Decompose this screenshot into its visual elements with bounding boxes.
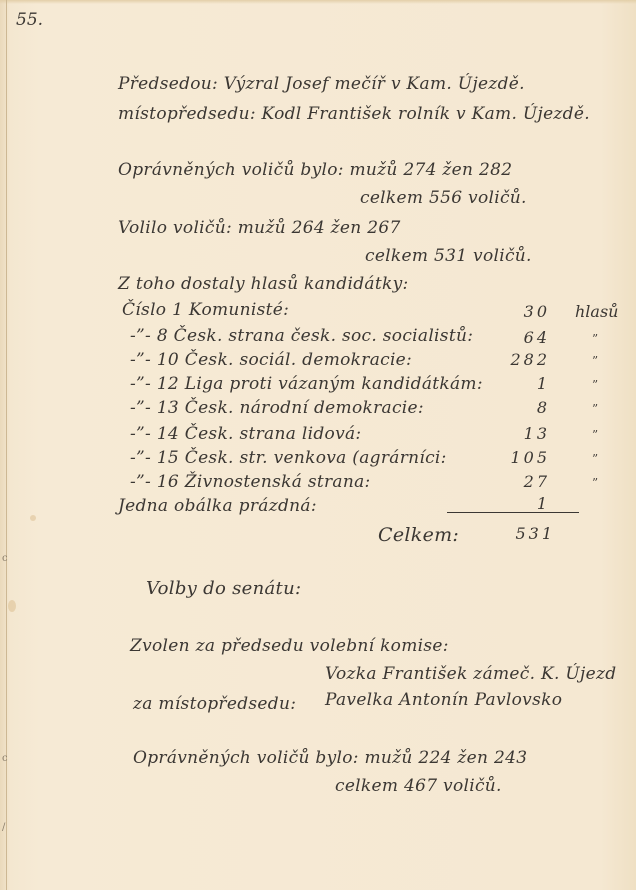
result-row: -”- 10 Česk. sociál. demokracie: <box>130 350 412 370</box>
list-number: 15 <box>157 448 179 468</box>
total-label: Celkem: <box>378 524 459 546</box>
vice-chair-line: místopředsedu: Kodl František rolník v K… <box>118 104 590 124</box>
list-number: 16 <box>157 472 179 492</box>
vote-count: 282 <box>490 350 550 369</box>
voted-line: Volilo voličů: mužů 264 žen 267 <box>118 218 401 238</box>
vote-count: 30 <box>490 302 550 321</box>
result-row: -”- 12 Liga proti vázaným kandidátkám: <box>130 374 483 394</box>
party-name: Česk. strana lidová: <box>185 424 362 444</box>
vote-count: 1 <box>490 374 550 393</box>
row-prefix: -”- <box>130 398 151 418</box>
ditto-mark: ” <box>592 428 598 442</box>
result-row: -”- 13 Česk. národní demokracie: <box>130 398 424 418</box>
row-prefix: -”- <box>130 374 151 394</box>
senate-chair-label: Zvolen za předsedu volební komise: <box>130 636 449 656</box>
list-number: 1 <box>172 300 183 320</box>
list-number: 12 <box>157 374 179 394</box>
manuscript-page: c c / 55. Předsedou: Výzral Josef mečíř … <box>0 0 636 890</box>
vote-count: 105 <box>490 448 550 467</box>
vote-count: 8 <box>490 398 550 417</box>
page-top-edge <box>0 0 636 4</box>
margin-mark: / <box>2 822 5 833</box>
ditto-mark: ” <box>592 378 598 392</box>
unit-label: hlasů <box>575 302 618 321</box>
eligible-voters-total: celkem 556 voličů. <box>360 188 527 208</box>
paper-stain <box>8 600 16 612</box>
page-number: 55. <box>16 10 43 30</box>
list-number: 8 <box>157 326 168 346</box>
row-prefix: -”- <box>130 350 151 370</box>
result-row: -”- 15 Česk. str. venkova (agrárníci: <box>130 448 447 468</box>
party-name: Česk. str. venkova (agrárníci: <box>185 448 447 468</box>
margin-mark: c <box>2 753 8 764</box>
senate-vice-chair-name: Pavelka Antonín Pavlovsko <box>325 690 562 710</box>
list-number: 14 <box>157 424 179 444</box>
party-name: Komunisté: <box>189 300 289 320</box>
chair-line: Předsedou: Výzral Josef mečíř v Kam. Úje… <box>118 74 525 94</box>
senate-vice-chair-label: za místopředsedu: <box>133 694 296 714</box>
result-row: -”- 14 Česk. strana lidová: <box>130 424 361 444</box>
senate-eligible-line: Oprávněných voličů bylo: mužů 224 žen 24… <box>133 748 527 768</box>
ditto-mark: ” <box>592 476 598 490</box>
row-prefix: -”- <box>130 326 151 346</box>
vote-count: 13 <box>490 424 550 443</box>
paper-stain <box>30 515 36 521</box>
result-row: Číslo 1 Komunisté: <box>122 300 289 320</box>
row-prefix: Číslo <box>122 300 166 320</box>
result-row: -”- 8 Česk. strana česk. soc. socialistů… <box>130 326 473 346</box>
row-prefix: -”- <box>130 424 151 444</box>
blank-envelope-label: Jedna obálka prázdná: <box>118 496 317 516</box>
ditto-mark: ” <box>592 452 598 466</box>
voted-total: celkem 531 voličů. <box>365 246 532 266</box>
senate-eligible-total: celkem 467 voličů. <box>335 776 502 796</box>
party-name: Česk. národní demokracie: <box>185 398 424 418</box>
blank-envelope-votes: 1 <box>490 494 550 513</box>
row-prefix: -”- <box>130 448 151 468</box>
total-votes: 531 <box>495 524 555 543</box>
list-number: 10 <box>157 350 179 370</box>
vote-count: 64 <box>490 328 550 347</box>
sum-rule <box>447 512 579 513</box>
party-name: Živnostenská strana: <box>185 472 371 492</box>
senate-chair-name: Vozka František zámeč. K. Újezd <box>325 664 616 684</box>
ditto-mark: ” <box>592 354 598 368</box>
result-row: -”- 16 Živnostenská strana: <box>130 472 371 492</box>
vote-count: 27 <box>490 472 550 491</box>
party-name: Česk. strana česk. soc. socialistů: <box>174 326 474 346</box>
senate-heading: Volby do senátu: <box>146 578 301 599</box>
eligible-voters-line: Oprávněných voličů bylo: mužů 274 žen 28… <box>118 160 512 180</box>
margin-mark: c <box>2 553 8 564</box>
results-heading: Z toho dostaly hlasů kandidátky: <box>118 274 409 294</box>
party-name: Liga proti vázaným kandidátkám: <box>185 374 483 394</box>
ditto-mark: ” <box>592 332 598 346</box>
ditto-mark: ” <box>592 402 598 416</box>
party-name: Česk. sociál. demokracie: <box>185 350 412 370</box>
list-number: 13 <box>157 398 179 418</box>
row-prefix: -”- <box>130 472 151 492</box>
